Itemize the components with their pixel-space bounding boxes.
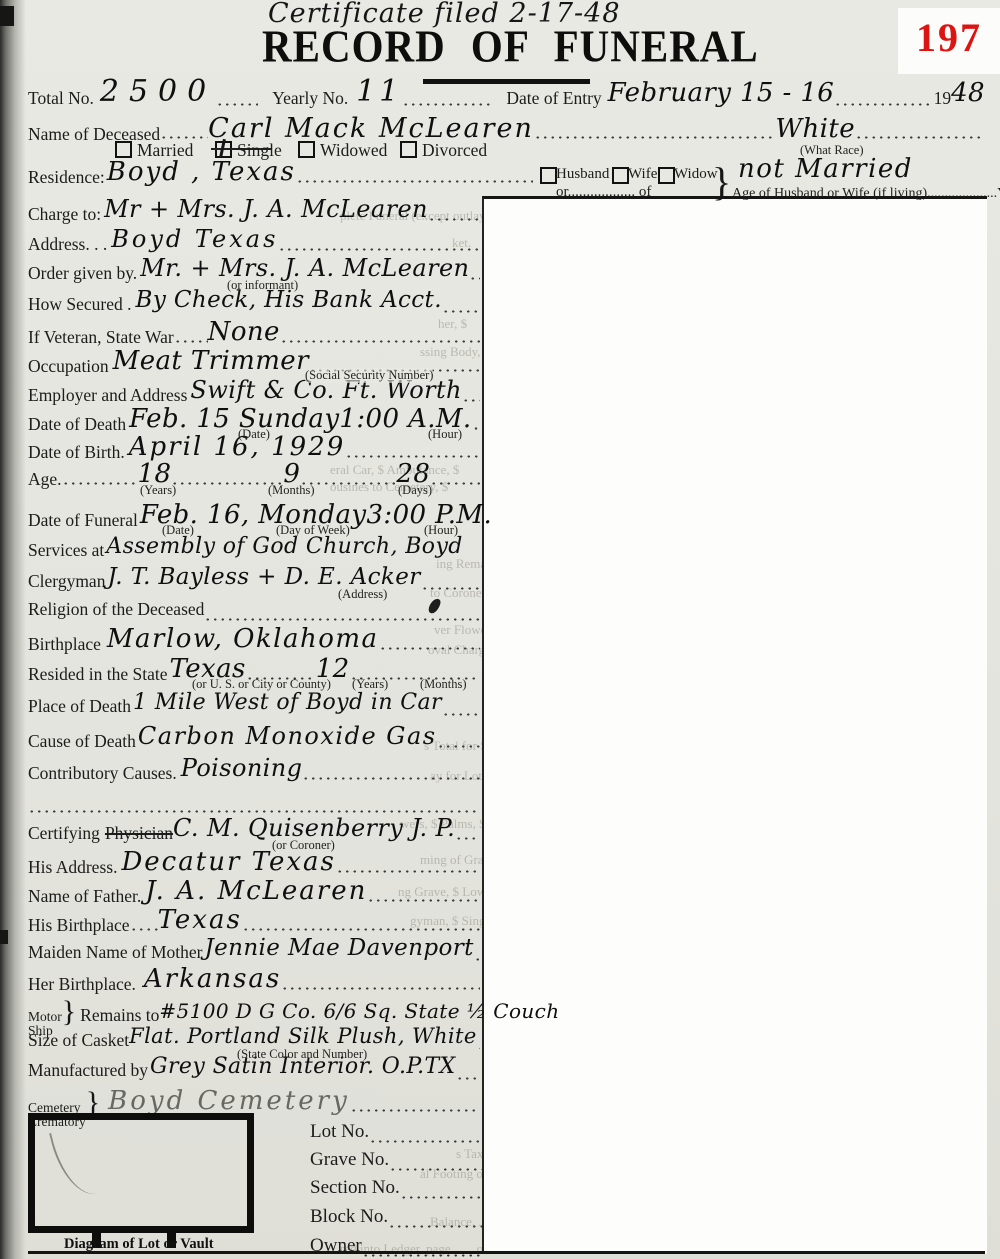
clergyman-value: J. T. Bayless + D. E. Acker: [107, 566, 420, 589]
row-place-of-death: Place of Death 1 Mile West of Boyd in Ca…: [28, 695, 480, 722]
row-his-birthplace: His Birthplace Texas: [28, 910, 480, 937]
services-at-value: Assembly of God Church, Boyd: [106, 536, 462, 558]
total-no-value: 2500: [100, 77, 216, 107]
dotted-leader: [350, 1108, 480, 1113]
grave-no-label: Grave No.: [310, 1150, 389, 1171]
date-of-entry-value: February 15 - 16: [608, 80, 835, 106]
yearly-no-label: Yearly No.: [272, 89, 348, 108]
charge-to-value: Mr + Mrs. J. A. McLearen: [104, 197, 428, 221]
charge-to-label: Charge to:: [28, 205, 101, 224]
dotted-leader: [437, 744, 480, 749]
row-his-address: His Address. Decatur Texas: [28, 852, 480, 879]
day-of-week-hint: (Day of Week): [276, 523, 350, 538]
checkbox-husband: [540, 167, 557, 184]
months-hint: (Months): [268, 483, 315, 498]
date-of-birth-value: April 16, 1929: [129, 434, 346, 460]
funeral-date-hint: (Date): [162, 523, 194, 538]
certifying-value: C. M. Quisenberry J. P.: [173, 816, 455, 840]
mother-value: Jennie Mae Davenport: [204, 937, 473, 960]
checkbox-wife: [612, 167, 629, 184]
row-entry: Total No. 2500 Yearly No. 11 Date of Ent…: [28, 80, 985, 112]
resided-years-hint: (Years): [352, 677, 388, 692]
resided-label: Resided in the State: [28, 665, 168, 684]
employer-label: Employer and Address: [28, 386, 187, 405]
order-given-by-value: Mr. + Mrs. J. A. McLearen: [140, 256, 469, 280]
divorced-label: Divorced: [422, 141, 487, 160]
dotted-leader: [242, 927, 480, 932]
place-of-death-label: Place of Death: [28, 697, 131, 716]
residence-label: Residence:: [28, 168, 105, 187]
veteran-label: If Veteran, State War: [28, 328, 174, 347]
dotted-leader: [281, 986, 480, 991]
wife-label: Wife: [628, 166, 657, 183]
dotted-leader: [855, 135, 985, 140]
date-hint: (Date): [238, 427, 270, 442]
row-religion: Religion of the Deceased: [28, 600, 480, 627]
dotted-leader: [442, 309, 480, 314]
year-printed: 19: [934, 89, 952, 108]
residence-value: Boyd , Texas: [107, 159, 296, 185]
cemetery-value: Boyd Cemetery: [108, 1088, 350, 1114]
page-edge-shadow: [0, 0, 26, 1259]
dotted-leader: [216, 102, 258, 107]
his-birthplace-value: Texas: [158, 907, 242, 933]
row-name-of-father: Name of Father. J. A. McLearen: [28, 881, 480, 908]
checkbox-single-checked: [215, 141, 232, 158]
birthplace-label: Birthplace: [28, 635, 101, 654]
dotted-leader: [534, 135, 775, 140]
clergyman-label: Clergyman: [28, 572, 105, 591]
scan-edge-mark: [0, 930, 8, 944]
social-security-hint: (Social Security Number): [305, 368, 433, 383]
section-no-label: Section No.: [310, 1178, 400, 1199]
funeral-record-page: plete Funeral (except outlays) ket. her,…: [0, 0, 1000, 1259]
dotted-leader: [389, 1167, 482, 1172]
dotted-leader: [456, 1076, 480, 1081]
place-of-death-value: 1 Mile West of Boyd in Car: [133, 692, 442, 714]
dotted-leader: [462, 398, 480, 403]
manufactured-label: Manufactured by: [28, 1061, 148, 1080]
mother-label: Maiden Name of Mother: [28, 943, 202, 962]
widowed-label: Widowed: [320, 141, 387, 160]
dotted-leader: [421, 586, 480, 591]
total-no-label: Total No.: [28, 89, 94, 108]
lot-no-label: Lot No.: [310, 1122, 369, 1143]
address-value: Boyd Texas: [111, 227, 278, 251]
row-maiden-name-of-mother: Maiden Name of Mother Jennie Mae Davenpo…: [28, 940, 480, 967]
father-value: J. A. McLearen: [145, 878, 367, 904]
date-of-death-value: Feb. 15 Sunday: [129, 406, 339, 432]
occupation-label: Occupation: [28, 357, 109, 376]
checkbox-widowed: [298, 141, 315, 158]
dotted-leader: [402, 102, 490, 107]
row-owner: Owner: [310, 1236, 482, 1259]
what-race-hint: (What Race): [800, 143, 864, 158]
dotted-leader: [62, 481, 138, 486]
yearly-no-value: 11: [356, 77, 402, 107]
checkbox-widow: [658, 167, 675, 184]
husband-label: Husband: [556, 166, 609, 183]
casket-label: Size of Casket: [28, 1031, 129, 1050]
remains-to-value: #5100 D G Co. 6/6 Sq. State ½ Couch: [159, 1001, 559, 1021]
remains-brace: }: [62, 995, 76, 1029]
dotted-leader: [455, 836, 480, 841]
her-birthplace-value: Arkansas: [144, 966, 281, 992]
certifying-label: Certifying: [28, 824, 100, 843]
dotted-leader: [300, 481, 396, 486]
dotted-leader: [442, 712, 480, 717]
scan-edge-mark: [0, 6, 14, 26]
dotted-leader: [400, 1195, 482, 1200]
his-address-label: His Address.: [28, 858, 117, 877]
dotted-leader: [174, 339, 208, 344]
row-contributory-causes: Contributory Causes. Poisoning: [28, 759, 480, 786]
date-of-entry-label: Date of Entry: [506, 89, 601, 108]
stray-mark: [49, 1125, 101, 1202]
bottom-rule: [28, 1251, 985, 1254]
or-informant-hint: (or informant): [227, 278, 298, 293]
or-of-line: or.................. of: [556, 184, 651, 201]
spouse-status-value: not Married: [738, 156, 913, 182]
dotted-leader: [278, 247, 480, 252]
row-charge-to: Charge to: Mr + Mrs. J. A. McLearen: [28, 200, 480, 227]
date-of-birth-label: Date of Birth.: [28, 443, 125, 462]
age-label: Age.: [28, 470, 62, 489]
occupation-value: Meat Trimmer: [113, 348, 309, 374]
row-birthplace: Birthplace Marlow, Oklahoma: [28, 629, 480, 656]
or-coroner-hint: (or Coroner): [272, 838, 335, 853]
clergyman-address-hint: (Address): [338, 587, 387, 602]
his-birthplace-label: His Birthplace: [28, 916, 130, 935]
physician-struck-label: Physician: [105, 824, 173, 843]
funeral-hour-hint: (Hour): [424, 523, 458, 538]
dotted-leader: [379, 646, 480, 651]
form-title: RECORD OF FUNERAL: [262, 19, 748, 73]
block-no-label: Block No.: [310, 1207, 388, 1228]
row-section-no: Section No.: [310, 1178, 482, 1205]
dotted-leader: [280, 339, 480, 344]
row-certifying: Certifying Physician C. M. Quisenberry J…: [28, 819, 480, 846]
casket-value: Flat. Portland Silk Plush, White: [129, 1026, 477, 1047]
dotted-leader: [834, 102, 933, 107]
resided-months-hint: (Months): [420, 677, 467, 692]
row-remains-to: MotorShip } Remains to #5100 D G Co. 6/6…: [28, 995, 480, 1027]
dotted-leader: [428, 217, 480, 222]
row-lot-no: Lot No.: [310, 1122, 482, 1149]
lot-vault-diagram: [28, 1113, 254, 1233]
dotted-leader: [469, 276, 480, 281]
dotted-leader: [204, 617, 480, 622]
age-of-spouse-line: Age of Husband or Wife (if living)......…: [732, 186, 1000, 201]
year-written: 48: [951, 80, 985, 106]
page-number-box: 197: [898, 8, 1000, 74]
dotted-leader: [388, 1224, 482, 1229]
dotted-leader: [367, 898, 480, 903]
row-cause-of-death: Cause of Death Carbon Monoxide Gas: [28, 727, 480, 754]
order-given-by-label: Order given by.: [28, 264, 137, 283]
dotted-leader: [296, 179, 533, 184]
row-manufactured-by: Manufactured by Grey Satin Interior. O.P…: [28, 1059, 480, 1086]
religion-label: Religion of the Deceased: [28, 600, 204, 619]
row-her-birthplace: Her Birthplace. Arkansas: [28, 969, 480, 996]
veteran-value: None: [208, 319, 280, 345]
checkbox-married: [115, 141, 132, 158]
row-grave-no: Grave No.: [310, 1150, 482, 1177]
father-label: Name of Father.: [28, 887, 141, 906]
race-value: White: [775, 116, 855, 142]
dotted-leader: [130, 927, 158, 932]
services-at-label: Services at: [28, 541, 104, 560]
row-residence: Residence: Boyd , Texas: [28, 162, 533, 189]
how-secured-label: How Secured .: [28, 295, 132, 314]
contributory-value: Poisoning: [181, 756, 303, 780]
cause-of-death-label: Cause of Death: [28, 732, 136, 751]
state-color-number-hint: (State Color and Number): [237, 1047, 367, 1062]
dotted-leader: [336, 869, 480, 874]
dotted-leader: [302, 776, 480, 781]
date-of-death-label: Date of Death: [28, 415, 126, 434]
row-clergyman: Clergyman J. T. Bayless + D. E. Acker: [28, 569, 480, 596]
row-veteran: If Veteran, State War None: [28, 322, 480, 349]
page-number: 197: [916, 14, 982, 61]
dotted-leader: [430, 481, 480, 486]
blank-overlay-region: [482, 196, 987, 1254]
row-how-secured: How Secured . By Check, His Bank Acct.: [28, 292, 480, 319]
name-value: Carl Mack McLearen: [208, 115, 534, 142]
remains-to-label: Remains to: [80, 1006, 159, 1025]
dotted-leader: [171, 481, 283, 486]
checkbox-divorced: [400, 141, 417, 158]
days-hint: (Days): [398, 483, 432, 498]
years-hint: (Years): [140, 483, 176, 498]
resided-place-hint: (or U. S. or City or County): [192, 677, 331, 692]
row-block-no: Block No.: [310, 1207, 482, 1234]
cause-of-death-value: Carbon Monoxide Gas: [138, 724, 437, 748]
dotted-leader: [474, 957, 480, 962]
dotted-leader: [472, 426, 480, 431]
spouse-brace: }: [712, 158, 731, 205]
row-services-at: Services at Assembly of God Church, Boyd: [28, 539, 480, 566]
row-date-of-funeral: Date of Funeral Feb. 16, Monday 3:00 P.M…: [28, 505, 480, 532]
date-of-funeral-label: Date of Funeral: [28, 511, 138, 530]
row-address: Address. . . Boyd Texas: [28, 230, 480, 257]
her-birthplace-label: Her Birthplace.: [28, 975, 136, 994]
hour-hint: (Hour): [428, 427, 462, 442]
dotted-leader: [477, 1046, 480, 1051]
contributory-label: Contributory Causes.: [28, 764, 177, 783]
birthplace-value: Marlow, Oklahoma: [107, 626, 379, 652]
dotted-leader: [369, 1139, 482, 1144]
address-label: Address. . .: [28, 235, 107, 254]
